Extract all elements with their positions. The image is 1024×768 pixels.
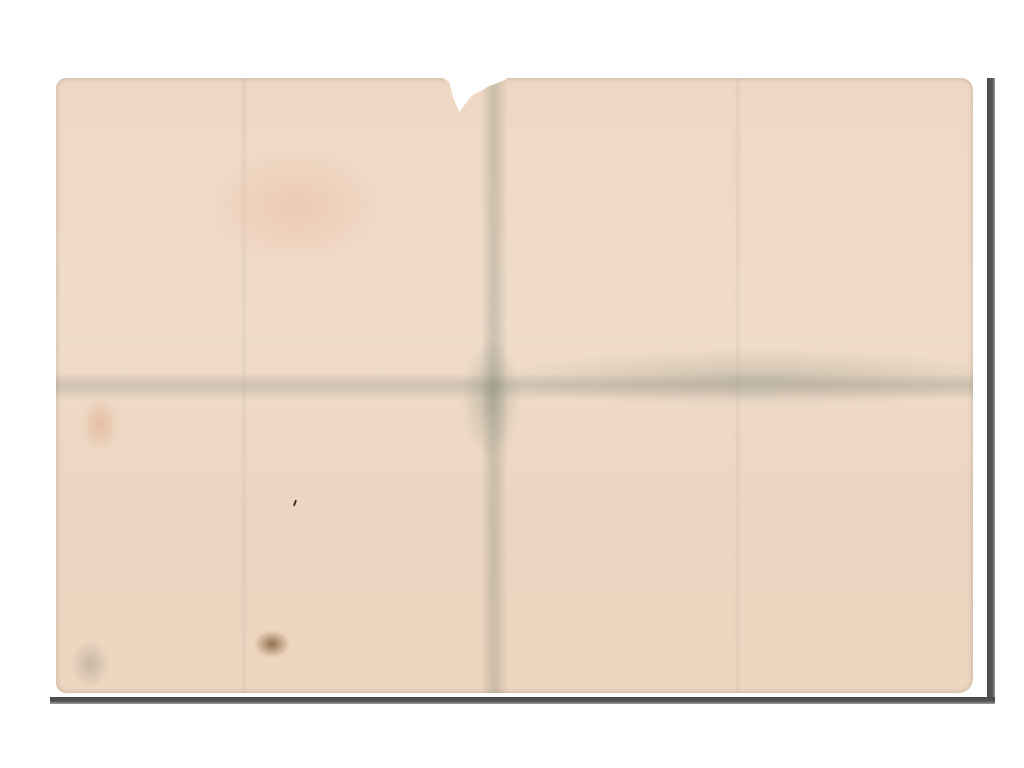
- drop-shadow-bottom: [50, 697, 995, 704]
- drop-shadow-right: [987, 78, 995, 702]
- banknote-reverse: [56, 78, 973, 693]
- photo-stage: [0, 0, 1024, 768]
- stain-mark: [70, 640, 110, 688]
